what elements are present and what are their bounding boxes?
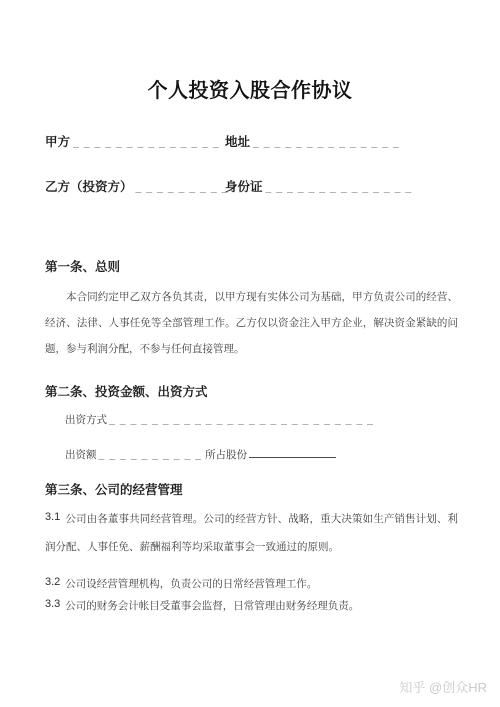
article1-body: 本合同约定甲乙双方各负其责，以甲方现有实体公司为基础，甲方负责公司的经营、经济、… <box>45 284 458 362</box>
id-card-field: 身份证_ _ _ _ _ _ _ _ _ _ _ _ _ _ <box>225 177 412 196</box>
contribution-amount-label: 出资额 <box>65 449 97 461</box>
share-percentage-label: 所占股份 <box>205 449 247 461</box>
contribution-method-line: 出资方式_ _ _ _ _ _ _ _ _ _ _ _ _ _ _ _ _ _ … <box>65 412 376 427</box>
contribution-amount-blank: _ _ _ _ _ _ _ _ _ _ <box>99 449 203 461</box>
clause-3-1-text: 公司由各董事共同经营管理。公司的经营方针、战略，重大决策如生产销售计划、利润分配… <box>45 513 458 553</box>
clause-3-3-text: 公司的财务会计帐目受董事会监督，日常管理由财务经理负责。 <box>65 600 359 612</box>
clause-3-1: 3.1公司由各董事共同经营管理。公司的经营方针、战略，重大决策如生产销售计划、利… <box>45 505 458 561</box>
party-a-row: 甲方_ _ _ _ _ _ _ _ _ _ _ _ _ _ 地址_ _ _ _ … <box>0 132 500 150</box>
clause-3-3-number: 3.3 <box>45 598 60 610</box>
party-a-label: 甲方 <box>45 135 70 149</box>
zhihu-watermark: 知乎 @创众HR <box>399 677 487 696</box>
page-title: 个人投资入股合作协议 <box>0 74 500 103</box>
party-b-label: 乙方（投资方） <box>45 180 133 194</box>
party-a-field: 甲方_ _ _ _ _ _ _ _ _ _ _ _ _ _ <box>45 132 220 151</box>
address-blank: _ _ _ _ _ _ _ _ _ _ _ _ _ _ <box>253 137 400 149</box>
contribution-method-blank: _ _ _ _ _ _ _ _ _ _ _ _ _ _ _ _ _ _ _ _ … <box>109 414 374 426</box>
article2-heading: 第二条、投资金额、出资方式 <box>45 382 208 400</box>
id-card-blank: _ _ _ _ _ _ _ _ _ _ _ _ _ _ <box>266 182 413 194</box>
clause-3-2-text: 公司设经营管理机构，负责公司的日常经营管理工作。 <box>65 578 317 590</box>
contribution-amount-line: 出资额_ _ _ _ _ _ _ _ _ _所占股份 <box>65 447 336 462</box>
party-b-blank: _ _ _ _ _ _ _ _ _ <box>136 182 229 194</box>
article1-heading: 第一条、总则 <box>45 257 120 275</box>
contribution-method-label: 出资方式 <box>65 414 107 426</box>
article3-heading: 第三条、公司的经营管理 <box>45 480 183 498</box>
id-card-label: 身份证 <box>225 180 263 194</box>
party-b-row: 乙方（投资方）_ _ _ _ _ _ _ _ _ 身份证_ _ _ _ _ _ … <box>0 177 500 195</box>
clause-3-1-number: 3.1 <box>45 511 60 523</box>
clause-3-2-number: 3.2 <box>45 576 60 588</box>
address-field: 地址_ _ _ _ _ _ _ _ _ _ _ _ _ _ <box>225 132 400 151</box>
contract-document-page: 个人投资入股合作协议 甲方_ _ _ _ _ _ _ _ _ _ _ _ _ _… <box>0 0 500 707</box>
party-b-field: 乙方（投资方）_ _ _ _ _ _ _ _ _ <box>45 177 228 196</box>
address-label: 地址 <box>225 135 250 149</box>
clause-3-3: 3.3公司的财务会计帐目受董事会监督，日常管理由财务经理负责。 <box>45 592 458 620</box>
share-percentage-blank <box>249 447 336 458</box>
party-a-blank: _ _ _ _ _ _ _ _ _ _ _ _ _ _ <box>73 137 220 149</box>
